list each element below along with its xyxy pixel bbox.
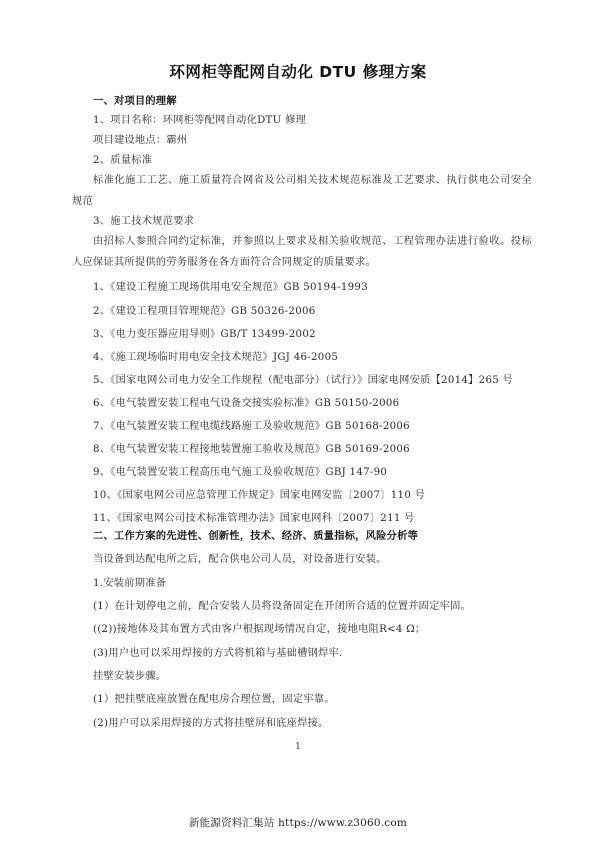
standard-item: 11、《国家电网公司技术标准管理办法》国家电网科〔2007〕211 号 <box>93 512 415 526</box>
tech-text: 由招标人参照合同约定标准，并参照以上要求及相关验收规范、工程管理办法进行验收。投… <box>72 232 532 273</box>
section-1-heading: 一、对项目的理解 <box>93 95 177 109</box>
standard-item: 2、《建设工程项目管理规范》GB 50326-2006 <box>93 305 316 319</box>
standard-item: 10、《国家电网公司应急管理工作规定》国家电网安监〔2007〕110 号 <box>93 489 425 503</box>
quality-heading: 2、质量标准 <box>93 154 152 168</box>
project-name: 1、项目名称：环网柜等配网自动化DTU 修理 <box>93 114 306 128</box>
standard-item: 6、《电气装置安装工程电气设备交接实验标准》GB 50150-2006 <box>93 397 399 411</box>
standard-item: 4、《施工现场临时用电安全技术规范》JGJ 46-2005 <box>93 351 338 365</box>
standard-item: 5、《国家电网公司电力安全工作规程（配电部分）（试行）》国家电网安质【2014】… <box>93 374 513 388</box>
prep-step: ((2))接地体及其布置方式由客户根据现场情况自定，接地电阻R<4 Ω； <box>93 623 425 637</box>
document-title: 环网柜等配网自动化 DTU 修理方案 <box>0 60 596 82</box>
prep-step: (3)用户也可以采用焊接的方式将机箱与基础槽钢焊牢. <box>93 647 343 661</box>
standard-item: 3、《电力变压器应用导则》GB/T 13499-2002 <box>93 328 316 342</box>
standard-item: 7、《电气装置安装工程电缆线路施工及验收规范》GB 50168-2006 <box>93 420 410 434</box>
section-2-intro: 当设备到达配电所之后，配合供电公司人员，对设备进行安装。 <box>93 553 387 567</box>
prep-heading: 1.安装前期准备 <box>93 577 166 591</box>
page-number: 1 <box>0 742 596 752</box>
project-location: 项目建设地点：霸州 <box>93 134 187 148</box>
wall-mount-step: (2)用户可以采用焊接的方式将挂壁屏和底座焊接。 <box>93 717 329 731</box>
standard-item: 1、《建设工程施工现场供用电安全规范》GB 50194-1993 <box>93 281 368 295</box>
tech-heading: 3、施工技术规范要求 <box>93 215 194 229</box>
quality-text: 标准化施工工艺、施工质量符合网省及公司相关技术规范标准及工艺要求、执行供电公司安… <box>72 171 532 212</box>
section-2-heading: 二、工作方案的先进性、创新性，技术、经济、质量指标，风险分析等 <box>93 530 418 544</box>
watermark-footer: 新能源资料汇集站 https://www.z3060.com <box>0 815 596 830</box>
standard-item: 8、《电气装置安装工程接地装置施工验收及规范》GB 50169-2006 <box>93 443 410 457</box>
wall-mount-step: (1）把挂壁底座放置在配电房合理位置，固定牢靠。 <box>93 693 335 707</box>
wall-mount-heading: 挂壁安装步骤。 <box>93 670 166 684</box>
standard-item: 9、《电气装置安装工程高压电气施工及验收规范》GBJ 147-90 <box>93 466 387 480</box>
prep-step: (1）在计划停电之前，配合安装人员将设备固定在开闭所合适的位置并固定牢固。 <box>93 600 471 614</box>
